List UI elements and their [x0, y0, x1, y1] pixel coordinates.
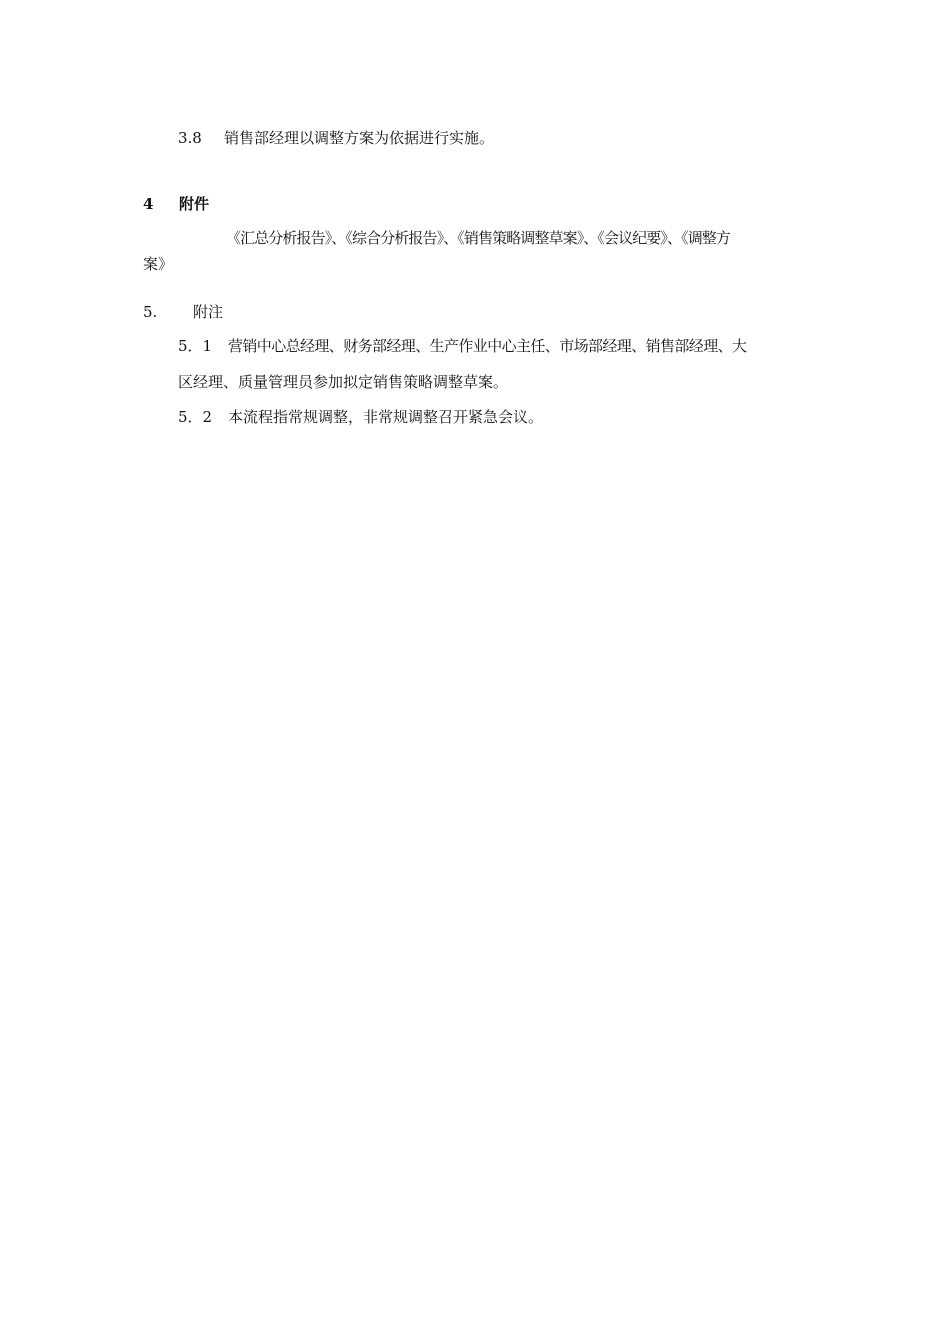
item-5-1: 5．1营销中心总经理、财务部经理、生产作业中心主任、市场部经理、销售部经理、大 [178, 336, 746, 356]
section-heading-5: 5.附注 [143, 302, 223, 322]
item-text-line-1: 营销中心总经理、财务部经理、生产作业中心主任、市场部经理、销售部经理、大 [228, 337, 746, 355]
section-heading-4: 4附件 [143, 194, 209, 214]
item-number: 3.8 [178, 128, 224, 148]
section-number: 5. [143, 302, 193, 322]
section-title: 附件 [179, 195, 209, 213]
attachments-line-1: 《汇总分析报告》、《综合分析报告》、《销售策略调整草案》、《会议纪要》、《调整方 [226, 228, 730, 248]
item-number: 5．2 [178, 407, 228, 427]
item-5-2: 5．2本流程指常规调整，非常规调整召开紧急会议。 [178, 407, 543, 427]
item-text: 销售部经理以调整方案为依据进行实施。 [224, 129, 494, 147]
item-number: 5．1 [178, 336, 228, 356]
section-title: 附注 [193, 303, 223, 321]
item-text: 本流程指常规调整，非常规调整召开紧急会议。 [228, 408, 543, 426]
item-3-8: 3.8销售部经理以调整方案为依据进行实施。 [178, 128, 494, 148]
attachments-line-2: 案》 [143, 254, 173, 274]
section-number: 4 [143, 194, 179, 214]
item-5-1-continued: 区经理、质量管理员参加拟定销售策略调整草案。 [178, 372, 508, 392]
